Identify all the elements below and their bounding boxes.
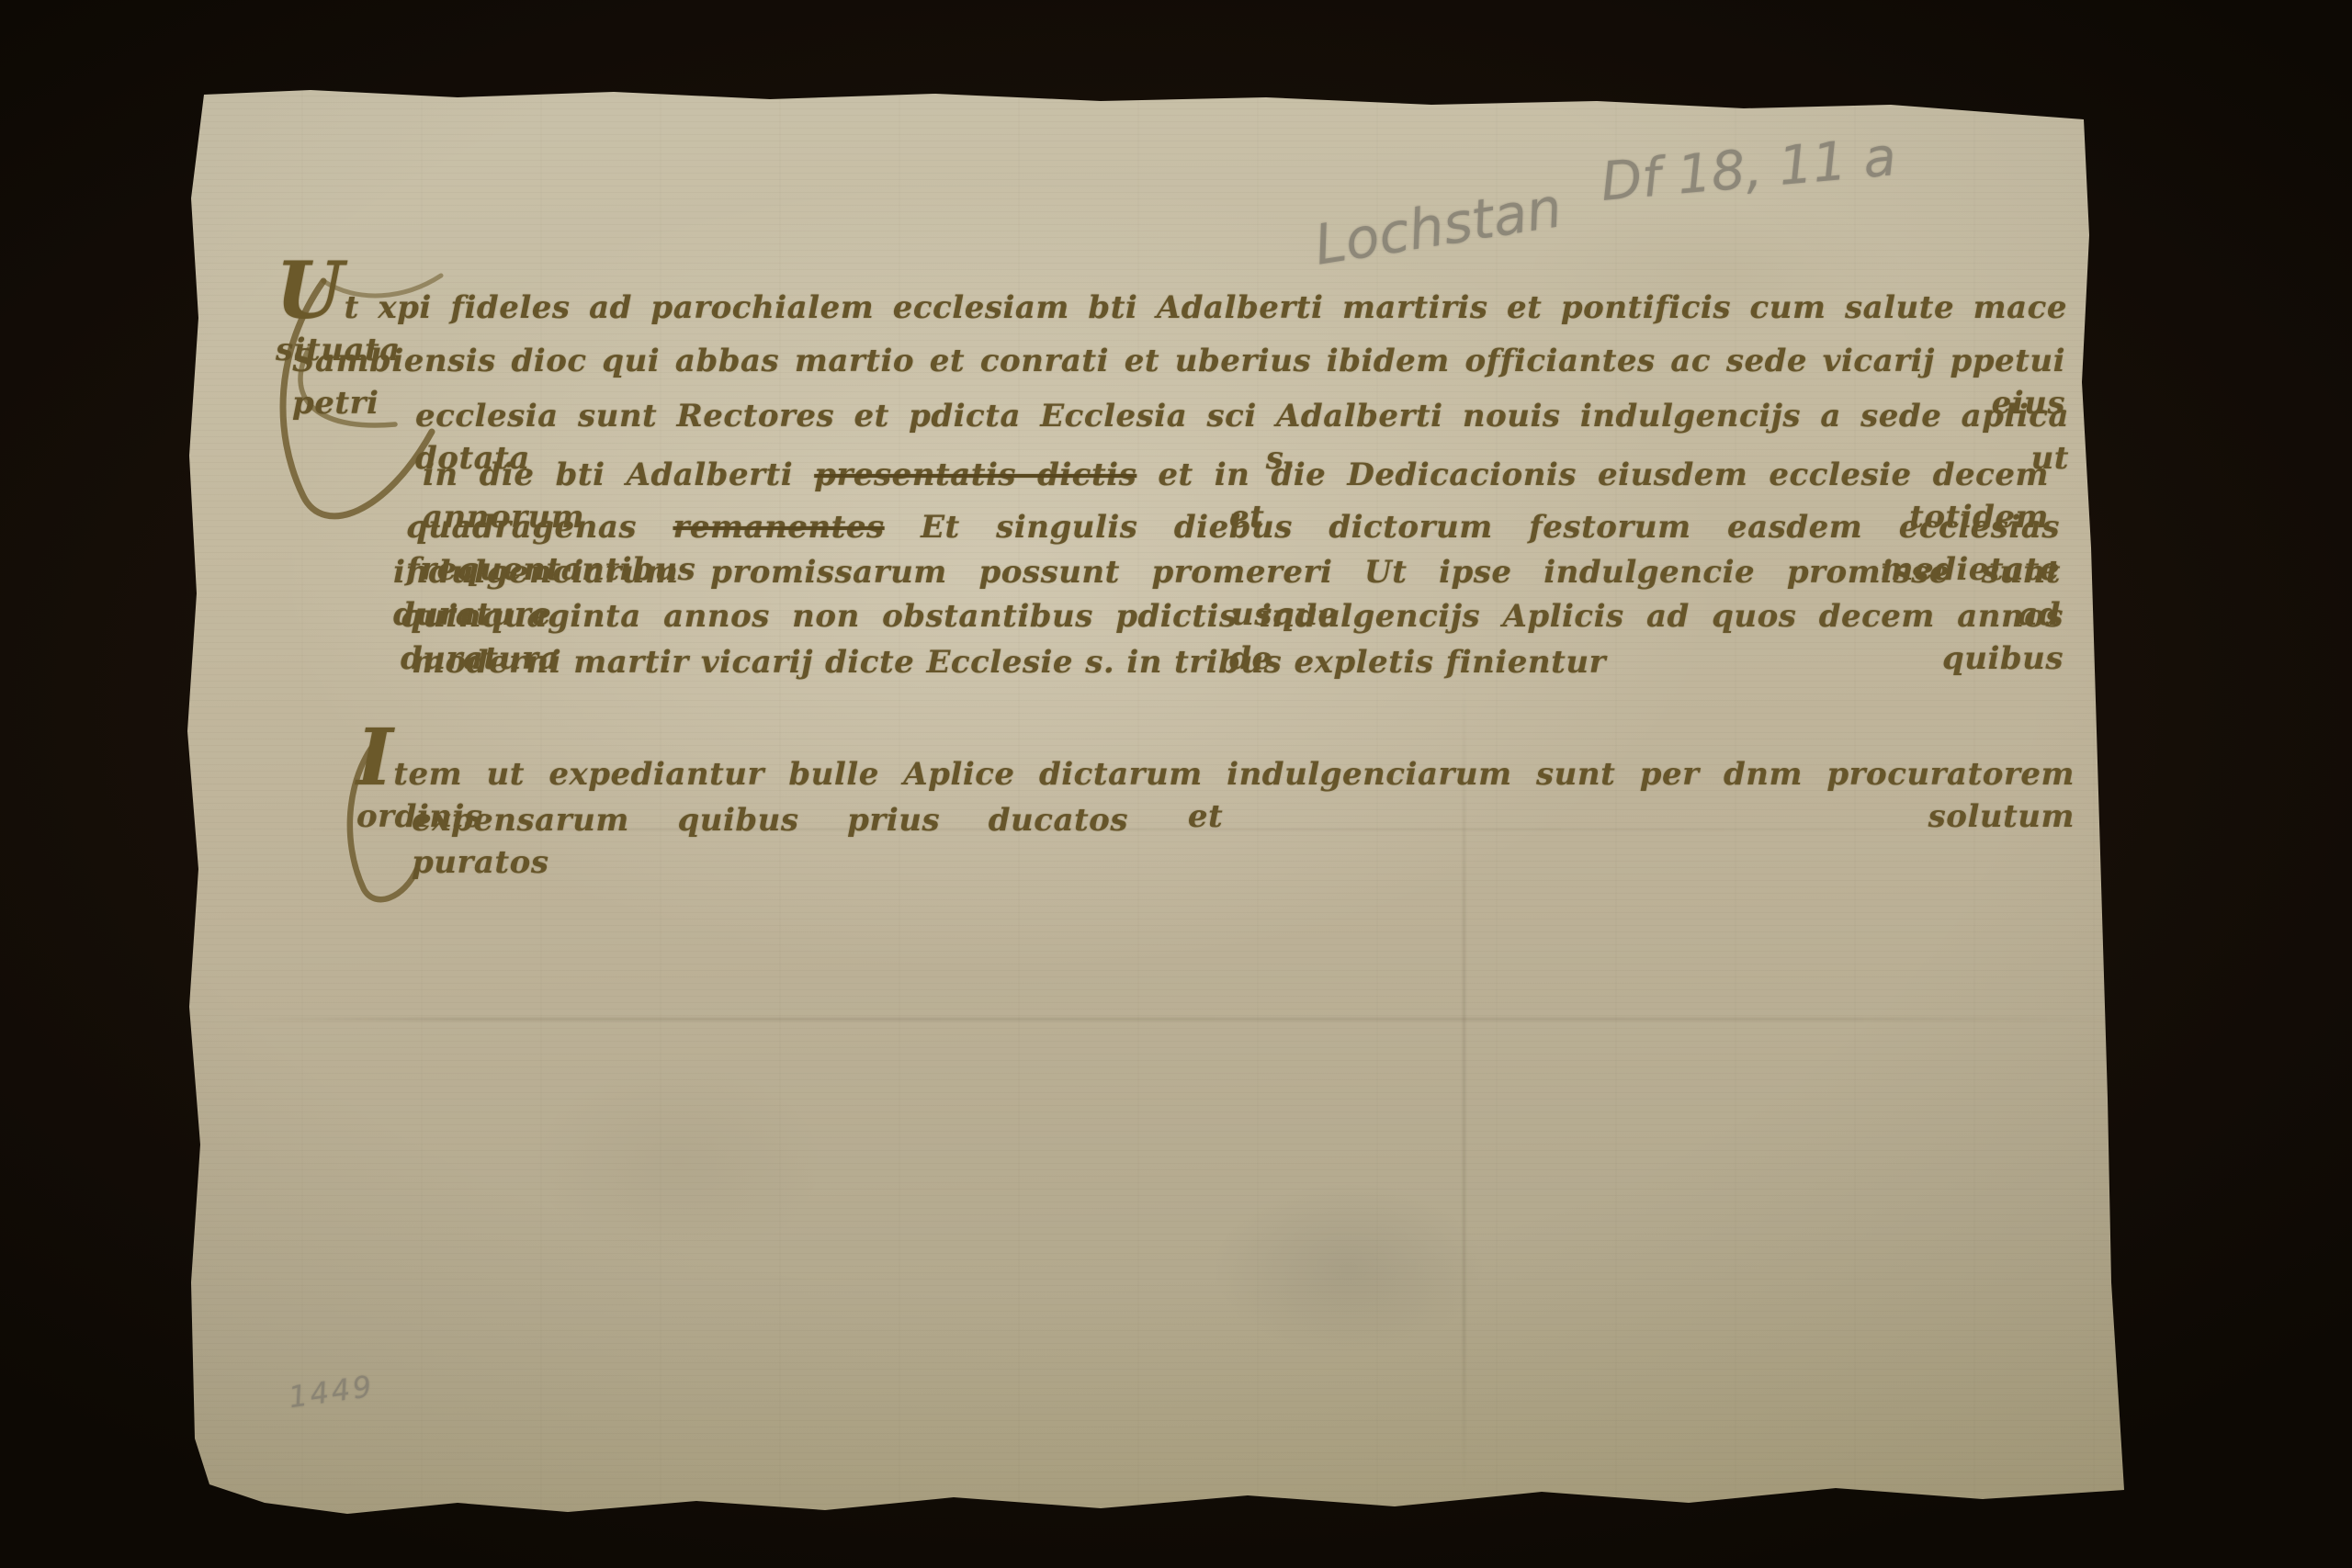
manuscript-text: expensarum quibus prius ducatos puratos	[412, 802, 1128, 881]
gray-smudge-stain	[1211, 1181, 1487, 1356]
struck-out-words: presentatis dictis	[814, 457, 1136, 493]
manuscript-line: expensarum quibus prius ducatos puratos	[412, 799, 1128, 884]
photo-stage: Lochstan Df 18, 11 a 1449 Ut xpi fideles…	[0, 0, 2352, 1568]
manuscript-line: moderni martir vicarij dicte Ecclesie s.…	[412, 641, 1606, 683]
horizontal-fold-crease	[237, 1018, 2111, 1021]
manuscript-text: in die bti Adalberti	[423, 457, 814, 493]
manuscript-text: moderni martir vicarij dicte Ecclesie s.…	[412, 644, 1606, 681]
struck-out-words: remanentes	[673, 509, 885, 546]
manuscript-text: quadragenas	[406, 509, 673, 546]
fiber-stain	[531, 1062, 825, 1264]
